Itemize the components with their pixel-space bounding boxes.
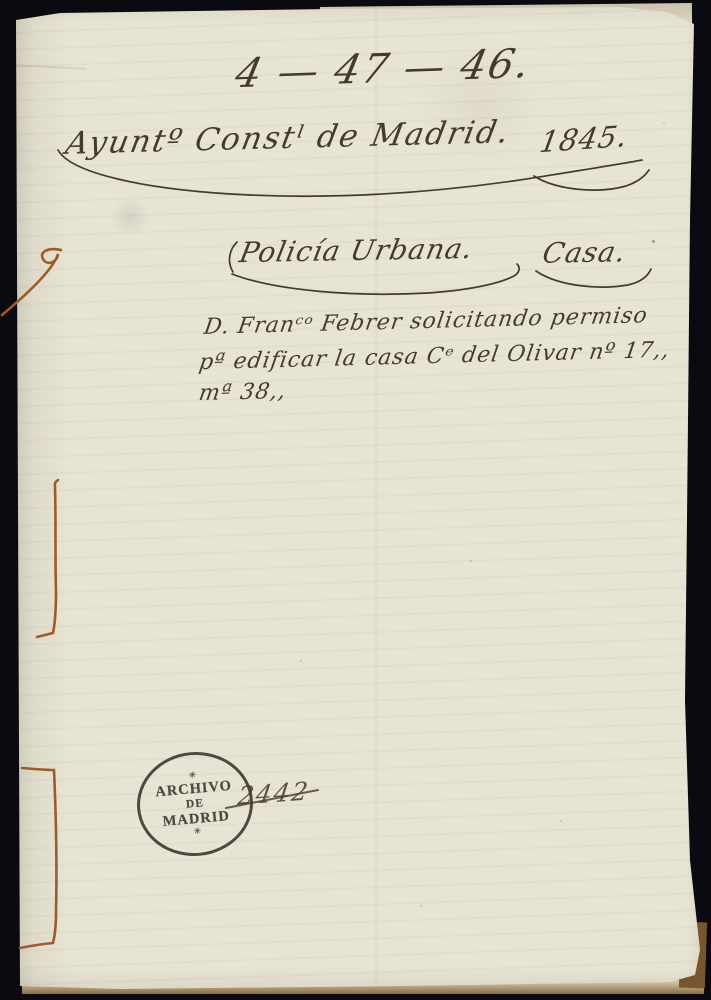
category-title: Casa.: [540, 235, 630, 270]
paper-speck: [300, 660, 302, 662]
year: 1845.: [537, 119, 631, 160]
paper-speck: [652, 240, 655, 243]
section-title: Policía Urbana.: [237, 232, 476, 269]
paper-crease: [14, 64, 86, 70]
body-text-line-2: pª edificar la casa Cᵉ del Olivar nº 17,…: [197, 338, 671, 375]
paper-speck: [470, 560, 472, 562]
crossed-out-number: 2442: [236, 776, 312, 810]
paper-speck: [663, 122, 665, 124]
scan-background: 4 — 47 — 46. Ayuntº Constˡ de Madrid. 18…: [0, 0, 711, 1000]
smudge-mark: [108, 196, 152, 238]
body-text-line-3: mª 38,,: [197, 379, 288, 406]
stamp-ornament-bottom-icon: ✳: [193, 827, 201, 837]
paper-speck: [420, 905, 422, 907]
document-page: 4 — 47 — 46. Ayuntº Constˡ de Madrid. 18…: [0, 0, 711, 1000]
paper-speck: [560, 820, 562, 822]
body-text-line-1: D. Franᶜᵒ Febrer solicitando permiso: [202, 303, 649, 340]
